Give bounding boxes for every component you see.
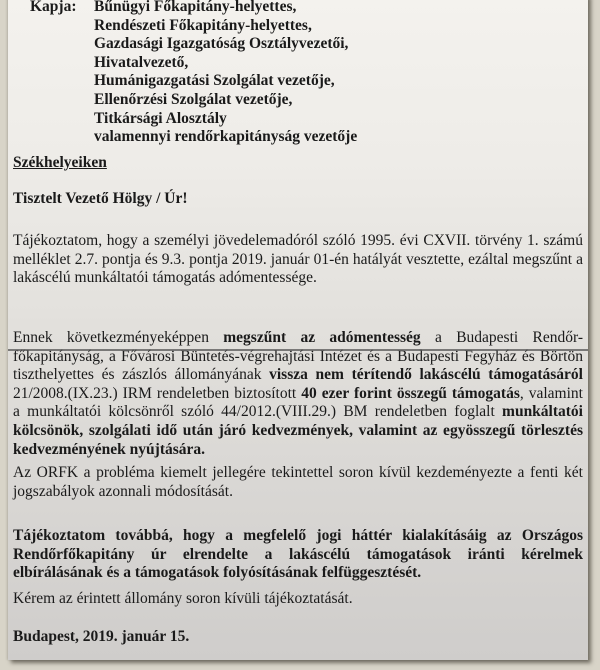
p2-text: Ennek következményeképpen [13,329,223,346]
recipient: Hivatalvezető, [94,54,188,73]
recipients-block: Kapja:Bűnügyi Főkapitány-helyettes, Rend… [30,0,357,147]
paper-crease [8,349,588,351]
p2-bold: 40 ezer forint összegű támogatás [301,385,520,402]
recipient: Titkársági Alosztály [94,110,227,129]
paragraph-3: Az ORFK a probléma kiemelt jellegére tek… [13,464,583,501]
document-page: Kapja:Bűnügyi Főkapitány-helyettes, Rend… [8,0,588,660]
recipient: Gazdasági Igazgatóság Osztályvezetői, [94,35,348,54]
paragraph-1: Tájékoztatom, hogy a személyi jövedelema… [13,232,583,288]
p2-bold: megszűnt az adómentesség [223,329,420,346]
recipient: Rendészeti Főkapitány-helyettes, [94,17,312,36]
p2-text: 21/2008.(IX.23.) IRM rendeletben biztosí… [13,385,301,402]
paragraph-5: Kérem az érintett állomány soron kívüli … [13,590,583,609]
date-line: Budapest, 2019. január 15. [13,628,189,647]
recipients-label: Kapja: [30,0,94,17]
p2-bold: vissza nem térítendő lakáscélú támogatás… [269,366,583,383]
recipient: valamennyi rendőrkapitányság vezetője [94,128,357,147]
recipient: Humánigazgatási Szolgálat vezetője, [94,72,335,91]
greeting: Tisztelt Vezető Hölgy / Úr! [13,190,187,209]
seat-heading: Székhelyeiken [13,154,107,173]
paragraph-4: Tájékoztatom továbbá, hogy a megfelelő j… [13,527,583,583]
recipient: Bűnügyi Főkapitány-helyettes, [94,0,296,17]
recipient: Ellenőrzési Szolgálat vezetője, [94,91,292,110]
